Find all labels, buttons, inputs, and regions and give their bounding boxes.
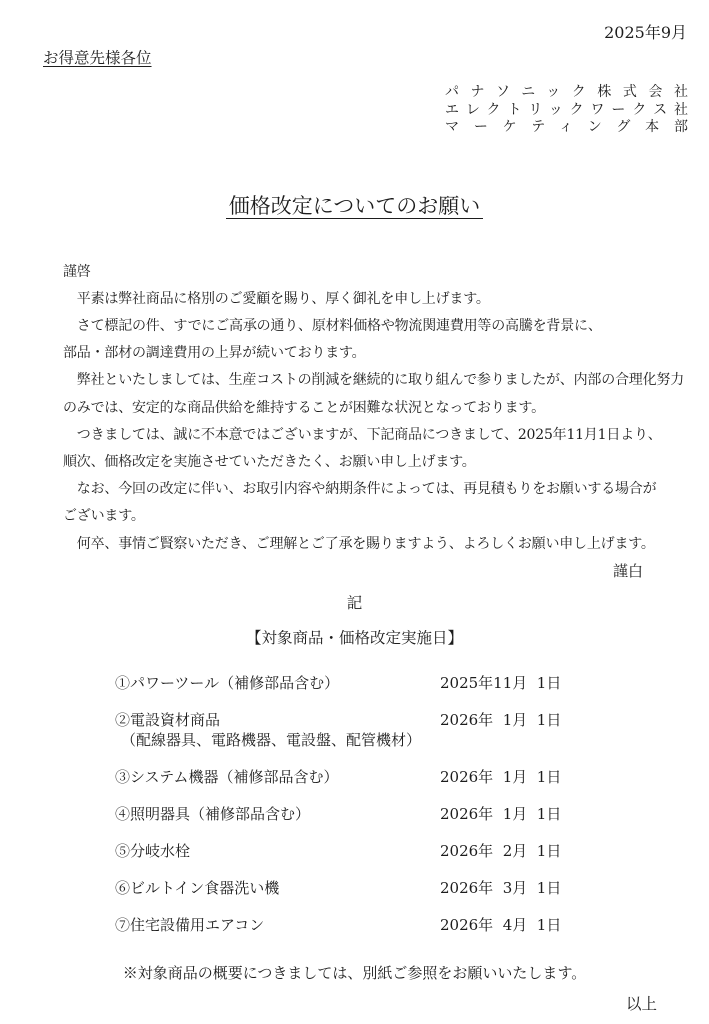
effective-date: 2026年 1月 1日 [440, 710, 561, 730]
effective-date: 2026年 2月 1日 [440, 841, 561, 861]
body-line: 弊社といたしましては、生産コストの削減を継続的に取り組んで参りましたが、内部の合… [63, 367, 659, 394]
product-label: ③システム機器（補修部品含む） [115, 767, 440, 787]
schedule-row: ④照明器具（補修部品含む） 2026年 1月 1日 [115, 804, 709, 824]
body-line: ございます。 [63, 503, 659, 530]
product-label: ①パワーツール（補修部品含む） [115, 673, 440, 693]
body-line: 部品・部材の調達費用の上昇が続いております。 [63, 340, 659, 367]
document-date: 2025年9月 [0, 0, 687, 42]
opening-salutation: 謹啓 [63, 259, 659, 286]
product-label: ⑦住宅設備用エアコン [115, 915, 440, 935]
schedule-table: ①パワーツール（補修部品含む） 2025年11月 1日 ②電設資材商品 （配線器… [115, 673, 709, 935]
effective-date: 2026年 4月 1日 [440, 915, 561, 935]
effective-date: 2026年 1月 1日 [440, 767, 561, 787]
effective-date: 2026年 1月 1日 [440, 804, 561, 824]
body-line: 順次、価格改定を実施させていただきたく、お願い申し上げます。 [63, 449, 659, 476]
schedule-row: ②電設資材商品 （配線器具、電路機器、電設盤、配管機材） 2026年 1月 1日 [115, 710, 709, 750]
schedule-row: ③システム機器（補修部品含む） 2026年 1月 1日 [115, 767, 709, 787]
reference-note: ※対象商品の概要につきましては、別紙ご参照をお願いいたします。 [0, 964, 709, 982]
product-label: ④照明器具（補修部品含む） [115, 804, 440, 824]
body-line: さて標記の件、すでにご高承の通り、原材料価格や物流関連費用等の高騰を背景に、 [63, 313, 659, 340]
product-label: ⑤分岐水栓 [115, 841, 440, 861]
schedule-heading: 【対象商品・価格改定実施日】 [0, 628, 709, 648]
body-line: なお、今回の改定に伴い、お取引内容や納期条件によっては、再見積もりをお願いする場… [63, 476, 659, 503]
schedule-row: ⑤分岐水栓 2026年 2月 1日 [115, 841, 709, 861]
sender-company: パナソニック株式会社 [445, 84, 688, 102]
sender-department: マーケティング本部 [445, 119, 688, 137]
recipient-line: お得意先様各位 [43, 49, 152, 67]
effective-date: 2025年11月 1日 [440, 673, 561, 693]
product-sublabel: （配線器具、電路機器、電設盤、配管機材） [115, 730, 440, 750]
letter-body: 謹啓 平素は弊社商品に格別のご愛顧を賜り、厚く御礼を申し上げます。 さて標記の件… [63, 259, 659, 558]
product-label: ⑥ビルトイン食器洗い機 [115, 878, 440, 898]
record-marker: 記 [0, 594, 709, 612]
document-title: 価格改定についてのお願い [226, 194, 484, 219]
title-wrap: 価格改定についてのお願い [0, 194, 709, 219]
closing-marker: 以上 [0, 995, 657, 1013]
effective-date: 2026年 3月 1日 [440, 878, 561, 898]
schedule-row: ⑥ビルトイン食器洗い機 2026年 3月 1日 [115, 878, 709, 898]
sender-division: エレクトリックワークス社 [445, 102, 688, 120]
schedule-row: ⑦住宅設備用エアコン 2026年 4月 1日 [115, 915, 709, 935]
closing-salutation: 謹白 [0, 558, 643, 585]
body-line: 何卒、事情ご賢察いただき、ご理解とご了承を賜りますよう、よろしくお願い申し上げま… [63, 531, 659, 558]
product-label: ②電設資材商品 [115, 710, 440, 730]
sender-block: パナソニック株式会社 エレクトリックワークス社 マーケティング本部 [445, 84, 688, 137]
body-line: のみでは、安定的な商品供給を維持することが困難な状況となっております。 [63, 395, 659, 422]
product-label-group: ②電設資材商品 （配線器具、電路機器、電設盤、配管機材） [115, 710, 440, 750]
body-line: 平素は弊社商品に格別のご愛顧を賜り、厚く御礼を申し上げます。 [63, 286, 659, 313]
body-line: つきましては、誠に不本意ではございますが、下記商品につきまして、2025年11月… [63, 422, 659, 449]
business-letter-page: 2025年9月 お得意先様各位 パナソニック株式会社 エレクトリックワークス社 … [0, 0, 709, 1024]
schedule-row: ①パワーツール（補修部品含む） 2025年11月 1日 [115, 673, 709, 693]
